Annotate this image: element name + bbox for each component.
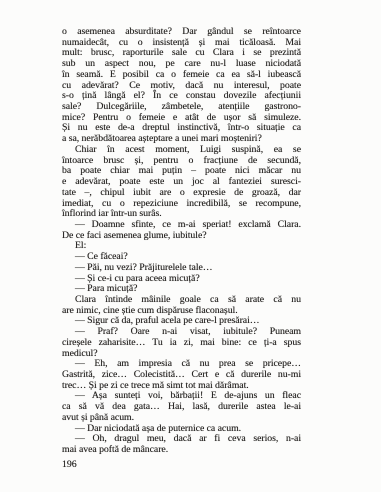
- text-line: în seamă. E posibil ca o femeie ca ea să…: [62, 70, 301, 81]
- paragraph: — Praf? Oare n-ai visat, iubitule? Punea…: [62, 327, 301, 359]
- paragraph: Clara întinde mâinile goale ca să arate …: [62, 295, 301, 316]
- paragraph: o asemenea absurditate? Dar gândul se re…: [62, 27, 301, 145]
- text-line: mai avea poftă de mâncare.: [62, 445, 301, 456]
- page-number: 196: [62, 460, 77, 471]
- text-line: cireșele zaharisite… Tu ia zi, mai bine:…: [62, 338, 301, 349]
- text-line: avut și până acum.: [62, 413, 301, 424]
- book-page: o asemenea absurditate? Dar gândul se re…: [0, 0, 381, 492]
- text-line: tate –, chipul iubit are o expresie de g…: [62, 188, 301, 199]
- page-text: o asemenea absurditate? Dar gândul se re…: [62, 27, 301, 456]
- paragraph: — Păi, nu vezi? Prăjiturelele tale…: [62, 263, 301, 274]
- text-line: — Păi, nu vezi? Prăjiturelele tale…: [62, 263, 301, 274]
- paragraph: Chiar în acest moment, Luigi suspină, ea…: [62, 145, 301, 220]
- paragraph: — Oh, dragul meu, dacă ar fi ceva serios…: [62, 434, 301, 455]
- paragraph: — Doamne sfinte, ce m-ai speriat! exclam…: [62, 220, 301, 241]
- text-line: De ce faci asemenea glume, iubitule?: [62, 231, 301, 242]
- paragraph: — Eh, am impresia că nu prea se pricepe……: [62, 359, 301, 391]
- paragraph: — Așa sunteți voi, bărbații! E de-ajuns …: [62, 391, 301, 423]
